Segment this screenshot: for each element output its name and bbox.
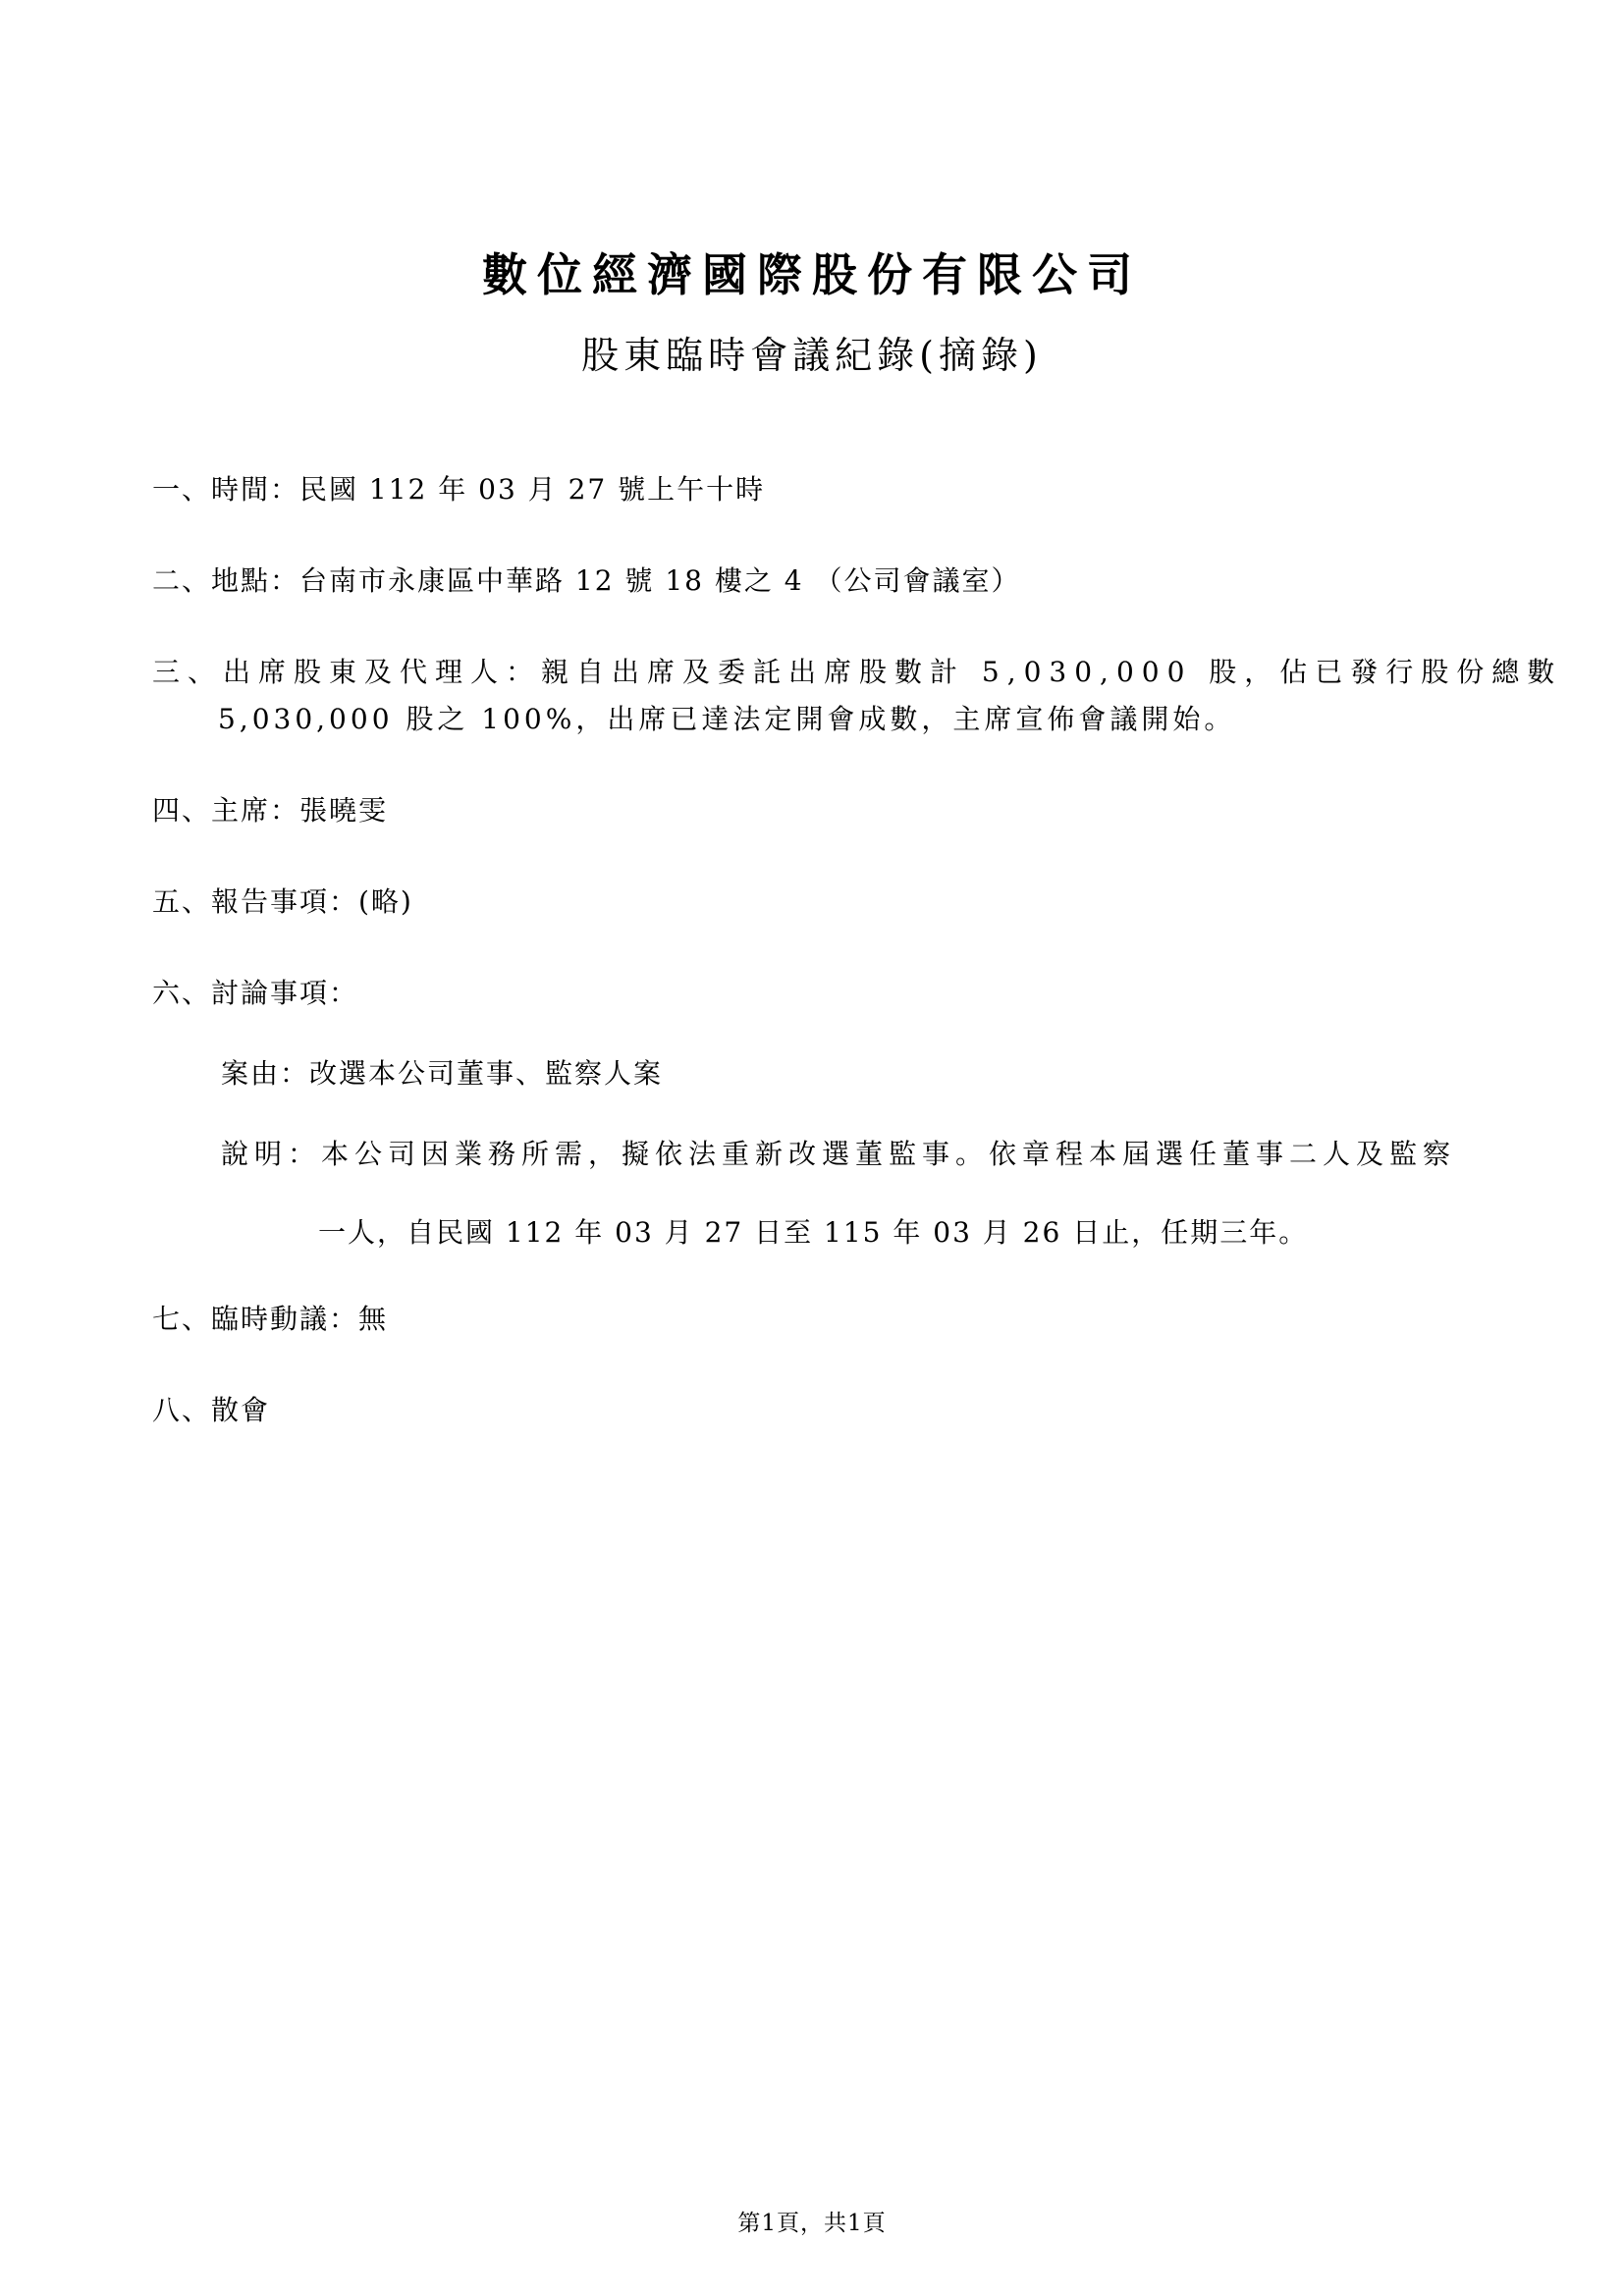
item-time: 一、時間：民國 112 年 03 月 27 號上午十時	[152, 466, 1506, 513]
minutes-body: 一、時間：民國 112 年 03 月 27 號上午十時 二、地點：台南市永康區中…	[152, 466, 1506, 1434]
item-chairman: 四、主席：張曉雯	[152, 787, 1506, 834]
item-reports-text: 五、報告事項：(略)	[152, 885, 413, 918]
item-discussion-text: 六、討論事項：	[152, 977, 358, 1009]
discussion-explanation-line-1: 說明：本公司因業務所需，擬依法重新改選董監事。依章程本屆選任董事二人及監察	[221, 1138, 1456, 1170]
meeting-minutes-subtitle: 股東臨時會議紀錄(摘錄)	[0, 331, 1624, 380]
item-attendance: 三、出席股東及代理人：親自出席及委託出席股數計 5,030,000 股，佔已發行…	[152, 649, 1506, 743]
item-chairman-text: 四、主席：張曉雯	[152, 794, 388, 827]
item-motions: 七、臨時動議：無	[152, 1296, 1506, 1343]
discussion-case: 案由：改選本公司董事、監察人案	[221, 1050, 1506, 1097]
item-attendance-line-2: 5,030,000 股之 100%，出席已達法定開會成數，主席宣佈會議開始。	[218, 696, 1506, 743]
item-motions-text: 七、臨時動議：無	[152, 1303, 388, 1335]
discussion-case-text: 案由：改選本公司董事、監察人案	[221, 1057, 663, 1090]
item-adjournment-text: 八、散會	[152, 1394, 270, 1426]
item-time-text: 一、時間：民國 112 年 03 月 27 號上午十時	[152, 473, 765, 506]
discussion-explanation-continued: 一人，自民國 112 年 03 月 27 日至 115 年 03 月 26 日止…	[318, 1209, 1506, 1256]
item-location-text: 二、地點：台南市永康區中華路 12 號 18 樓之 4 （公司會議室）	[152, 564, 1020, 597]
discussion-explanation: 說明：本公司因業務所需，擬依法重新改選董監事。依章程本屆選任董事二人及監察	[221, 1131, 1506, 1178]
discussion-explanation-line-2: 一人，自民國 112 年 03 月 27 日至 115 年 03 月 26 日止…	[318, 1216, 1308, 1249]
document-page: { "document": { "title": "數位經濟國際股份有限公司",…	[0, 0, 1624, 2296]
item-discussion: 六、討論事項：	[152, 970, 1506, 1017]
item-adjournment: 八、散會	[152, 1387, 1506, 1434]
item-reports: 五、報告事項：(略)	[152, 879, 1506, 926]
item-location: 二、地點：台南市永康區中華路 12 號 18 樓之 4 （公司會議室）	[152, 558, 1506, 605]
item-attendance-line-1: 三、出席股東及代理人：親自出席及委託出席股數計 5,030,000 股，佔已發行…	[152, 649, 1506, 696]
company-title: 數位經濟國際股份有限公司	[0, 246, 1624, 303]
page-number-footer: 第1頁，共1頁	[0, 2209, 1624, 2238]
